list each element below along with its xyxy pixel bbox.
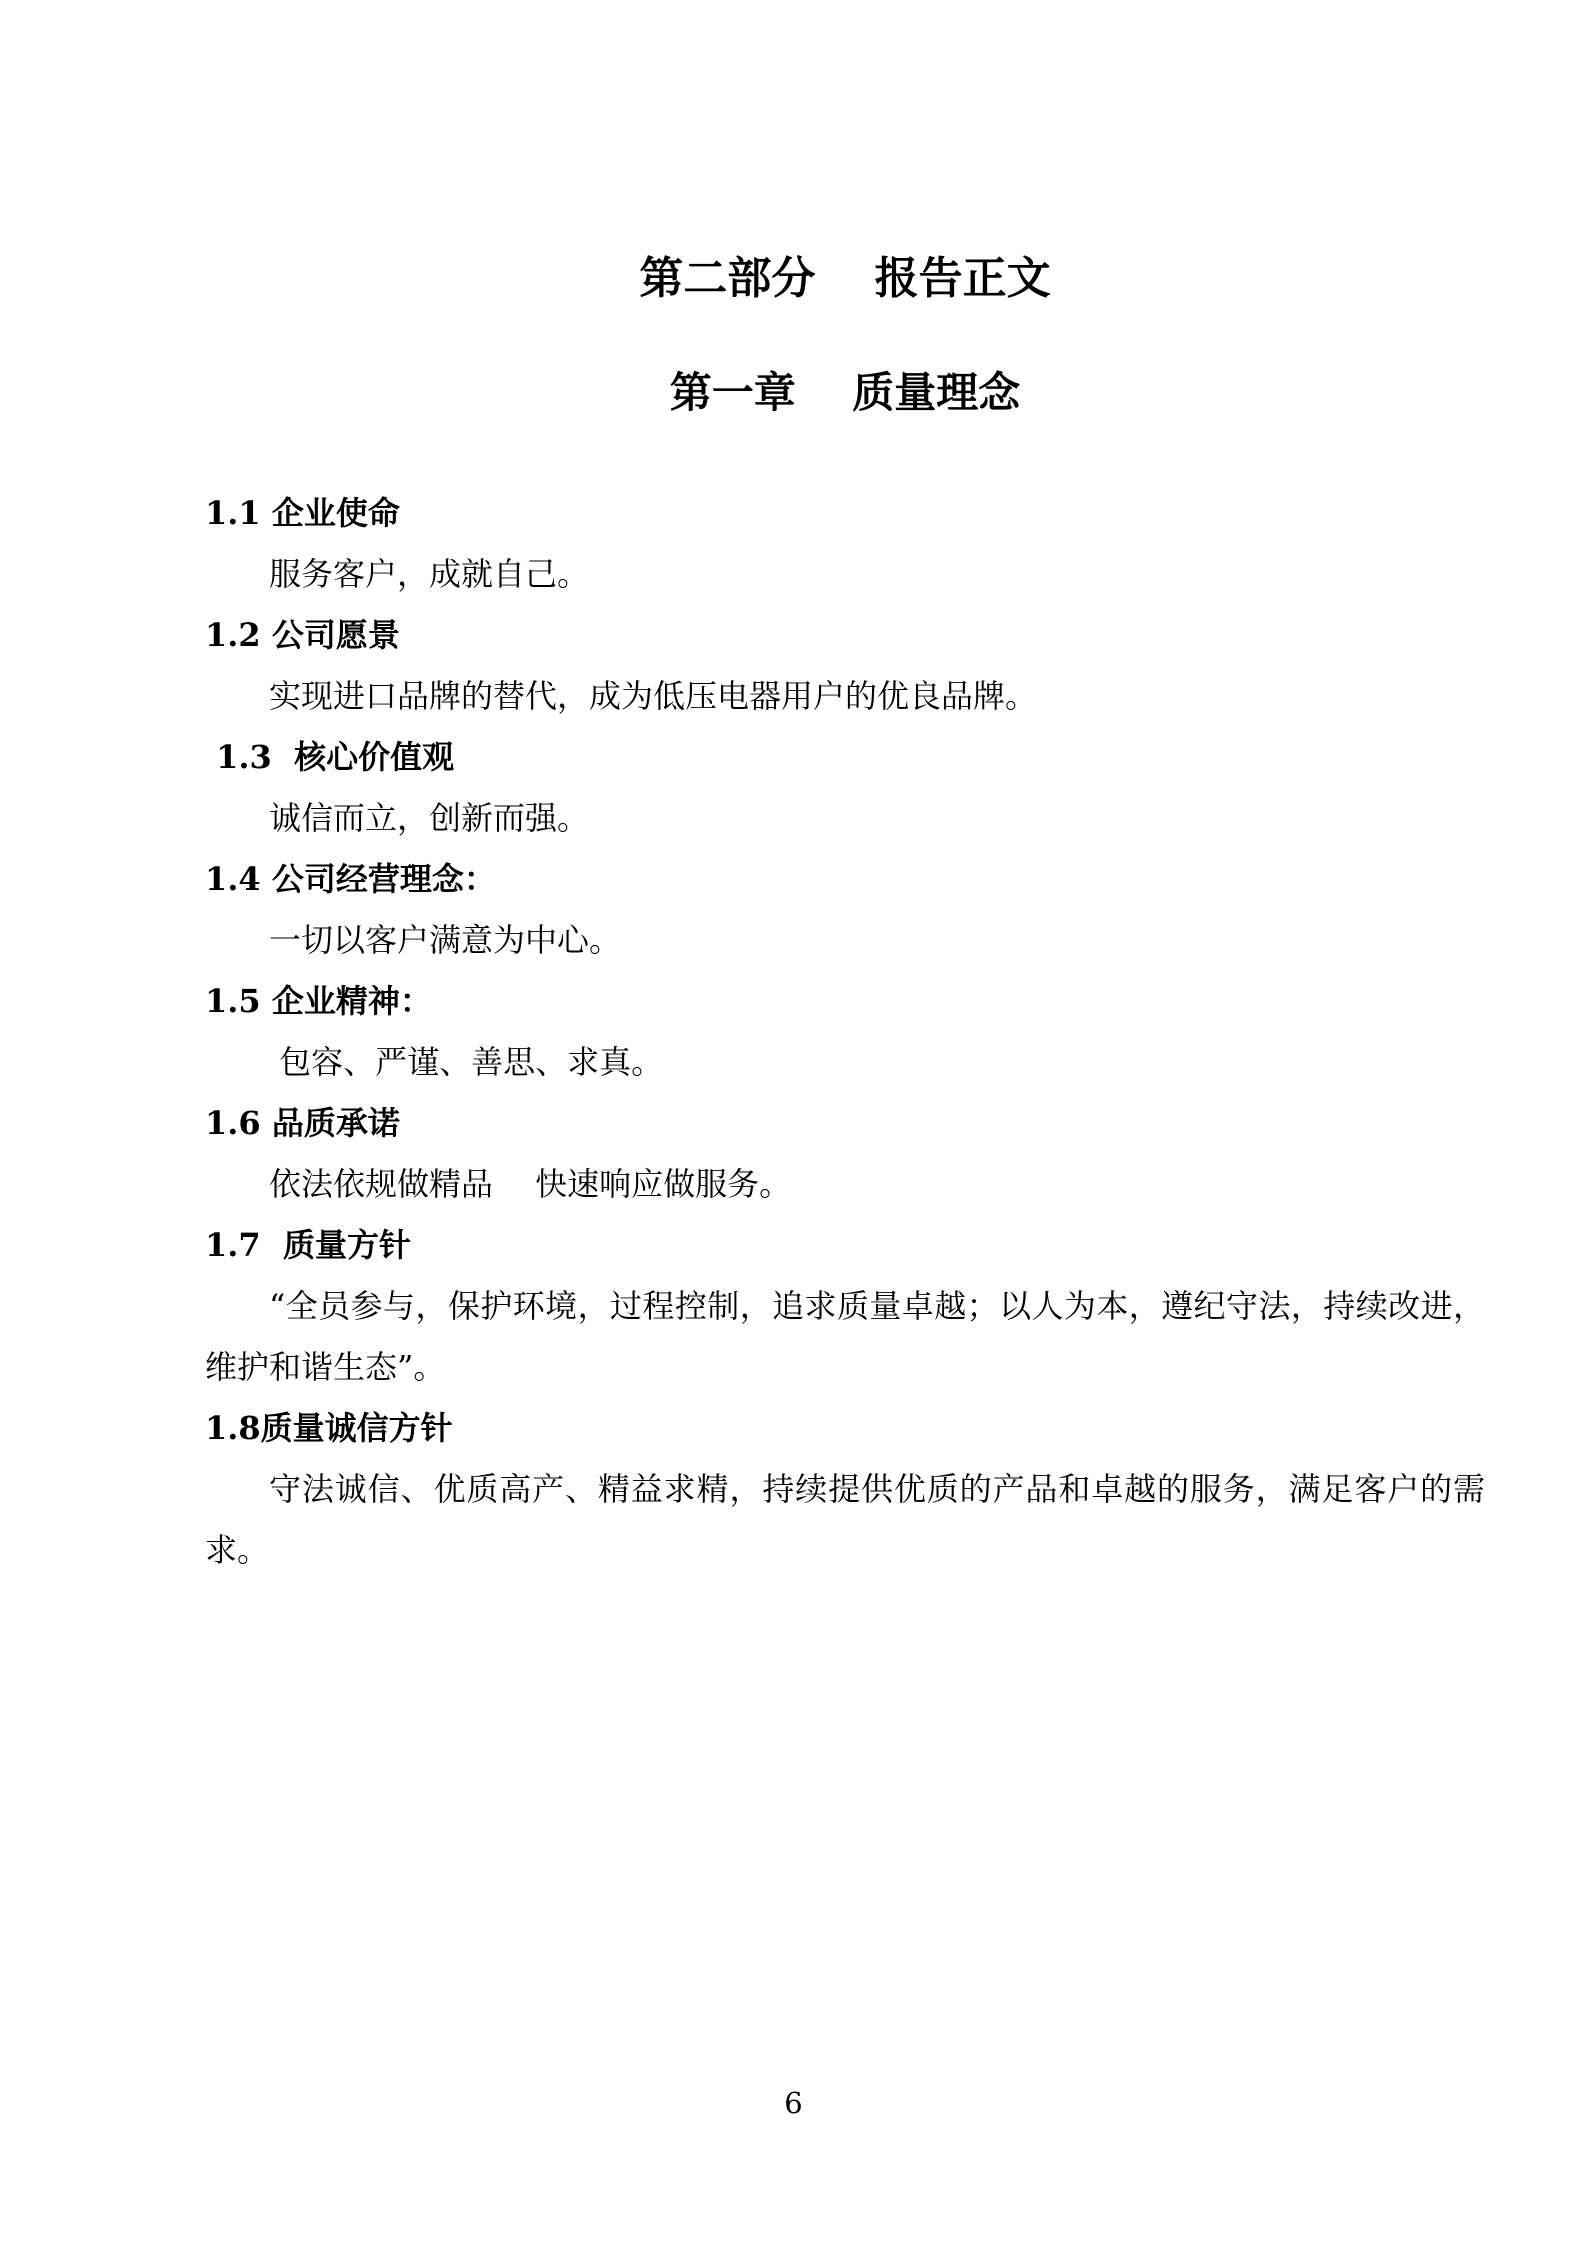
sections-container: 1.1 企业使命 服务客户，成就自己。 1.2 公司愿景 实现进口品牌的替代，成… xyxy=(205,483,1485,1581)
section-heading: 1.1 企业使命 xyxy=(205,483,1485,544)
section-heading: 1.8质量诚信方针 xyxy=(205,1398,1485,1459)
chapter-title: 第一章 质量理念 xyxy=(205,367,1485,419)
section-paragraph: 守法诚信、优质高产、精益求精，持续提供优质的产品和卓越的服务，满足客户的需求。 xyxy=(205,1459,1485,1581)
section-paragraph: 服务客户，成就自己。 xyxy=(205,544,1485,605)
section-paragraph: 诚信而立，创新而强。 xyxy=(205,788,1485,849)
section-paragraph: 实现进口品牌的替代，成为低压电器用户的优良品牌。 xyxy=(205,666,1485,727)
section-paragraph: “全员参与，保护环境，过程控制，追求质量卓越；以人为本，遵纪守法，持续改进，维护… xyxy=(205,1276,1485,1398)
section-heading: 1.7 质量方针 xyxy=(205,1215,1485,1276)
report-section: 1.5 企业精神： 包容、严谨、善思、求真。 xyxy=(205,971,1485,1093)
page-footer: 6 xyxy=(0,2085,1587,2121)
section-heading: 1.6 品质承诺 xyxy=(205,1093,1485,1154)
document-page: 第二部分 报告正文 第一章 质量理念 1.1 企业使命 服务客户，成就自己。 1… xyxy=(0,0,1587,2245)
report-section: 1.1 企业使命 服务客户，成就自己。 xyxy=(205,483,1485,605)
report-section: 1.6 品质承诺 依法依规做精品 快速响应做服务。 xyxy=(205,1093,1485,1215)
report-section: 1.7 质量方针 “全员参与，保护环境，过程控制，追求质量卓越；以人为本，遵纪守… xyxy=(205,1215,1485,1398)
page-content: 第二部分 报告正文 第一章 质量理念 1.1 企业使命 服务客户，成就自己。 1… xyxy=(0,0,1587,1581)
section-heading: 1.4 公司经营理念： xyxy=(205,849,1485,910)
section-paragraph: 包容、严谨、善思、求真。 xyxy=(205,1032,1485,1093)
section-heading: 1.3 核心价值观 xyxy=(205,727,1485,788)
section-heading: 1.2 公司愿景 xyxy=(205,605,1485,666)
section-heading: 1.5 企业精神： xyxy=(205,971,1485,1032)
page-number: 6 xyxy=(784,2086,802,2120)
report-section: 1.3 核心价值观 诚信而立，创新而强。 xyxy=(205,727,1485,849)
section-paragraph: 依法依规做精品 快速响应做服务。 xyxy=(205,1154,1485,1215)
report-section: 1.2 公司愿景 实现进口品牌的替代，成为低压电器用户的优良品牌。 xyxy=(205,605,1485,727)
section-paragraph: 一切以客户满意为中心。 xyxy=(205,910,1485,971)
report-section: 1.4 公司经营理念： 一切以客户满意为中心。 xyxy=(205,849,1485,971)
part-title: 第二部分 报告正文 xyxy=(205,253,1485,305)
report-section: 1.8质量诚信方针 守法诚信、优质高产、精益求精，持续提供优质的产品和卓越的服务… xyxy=(205,1398,1485,1581)
